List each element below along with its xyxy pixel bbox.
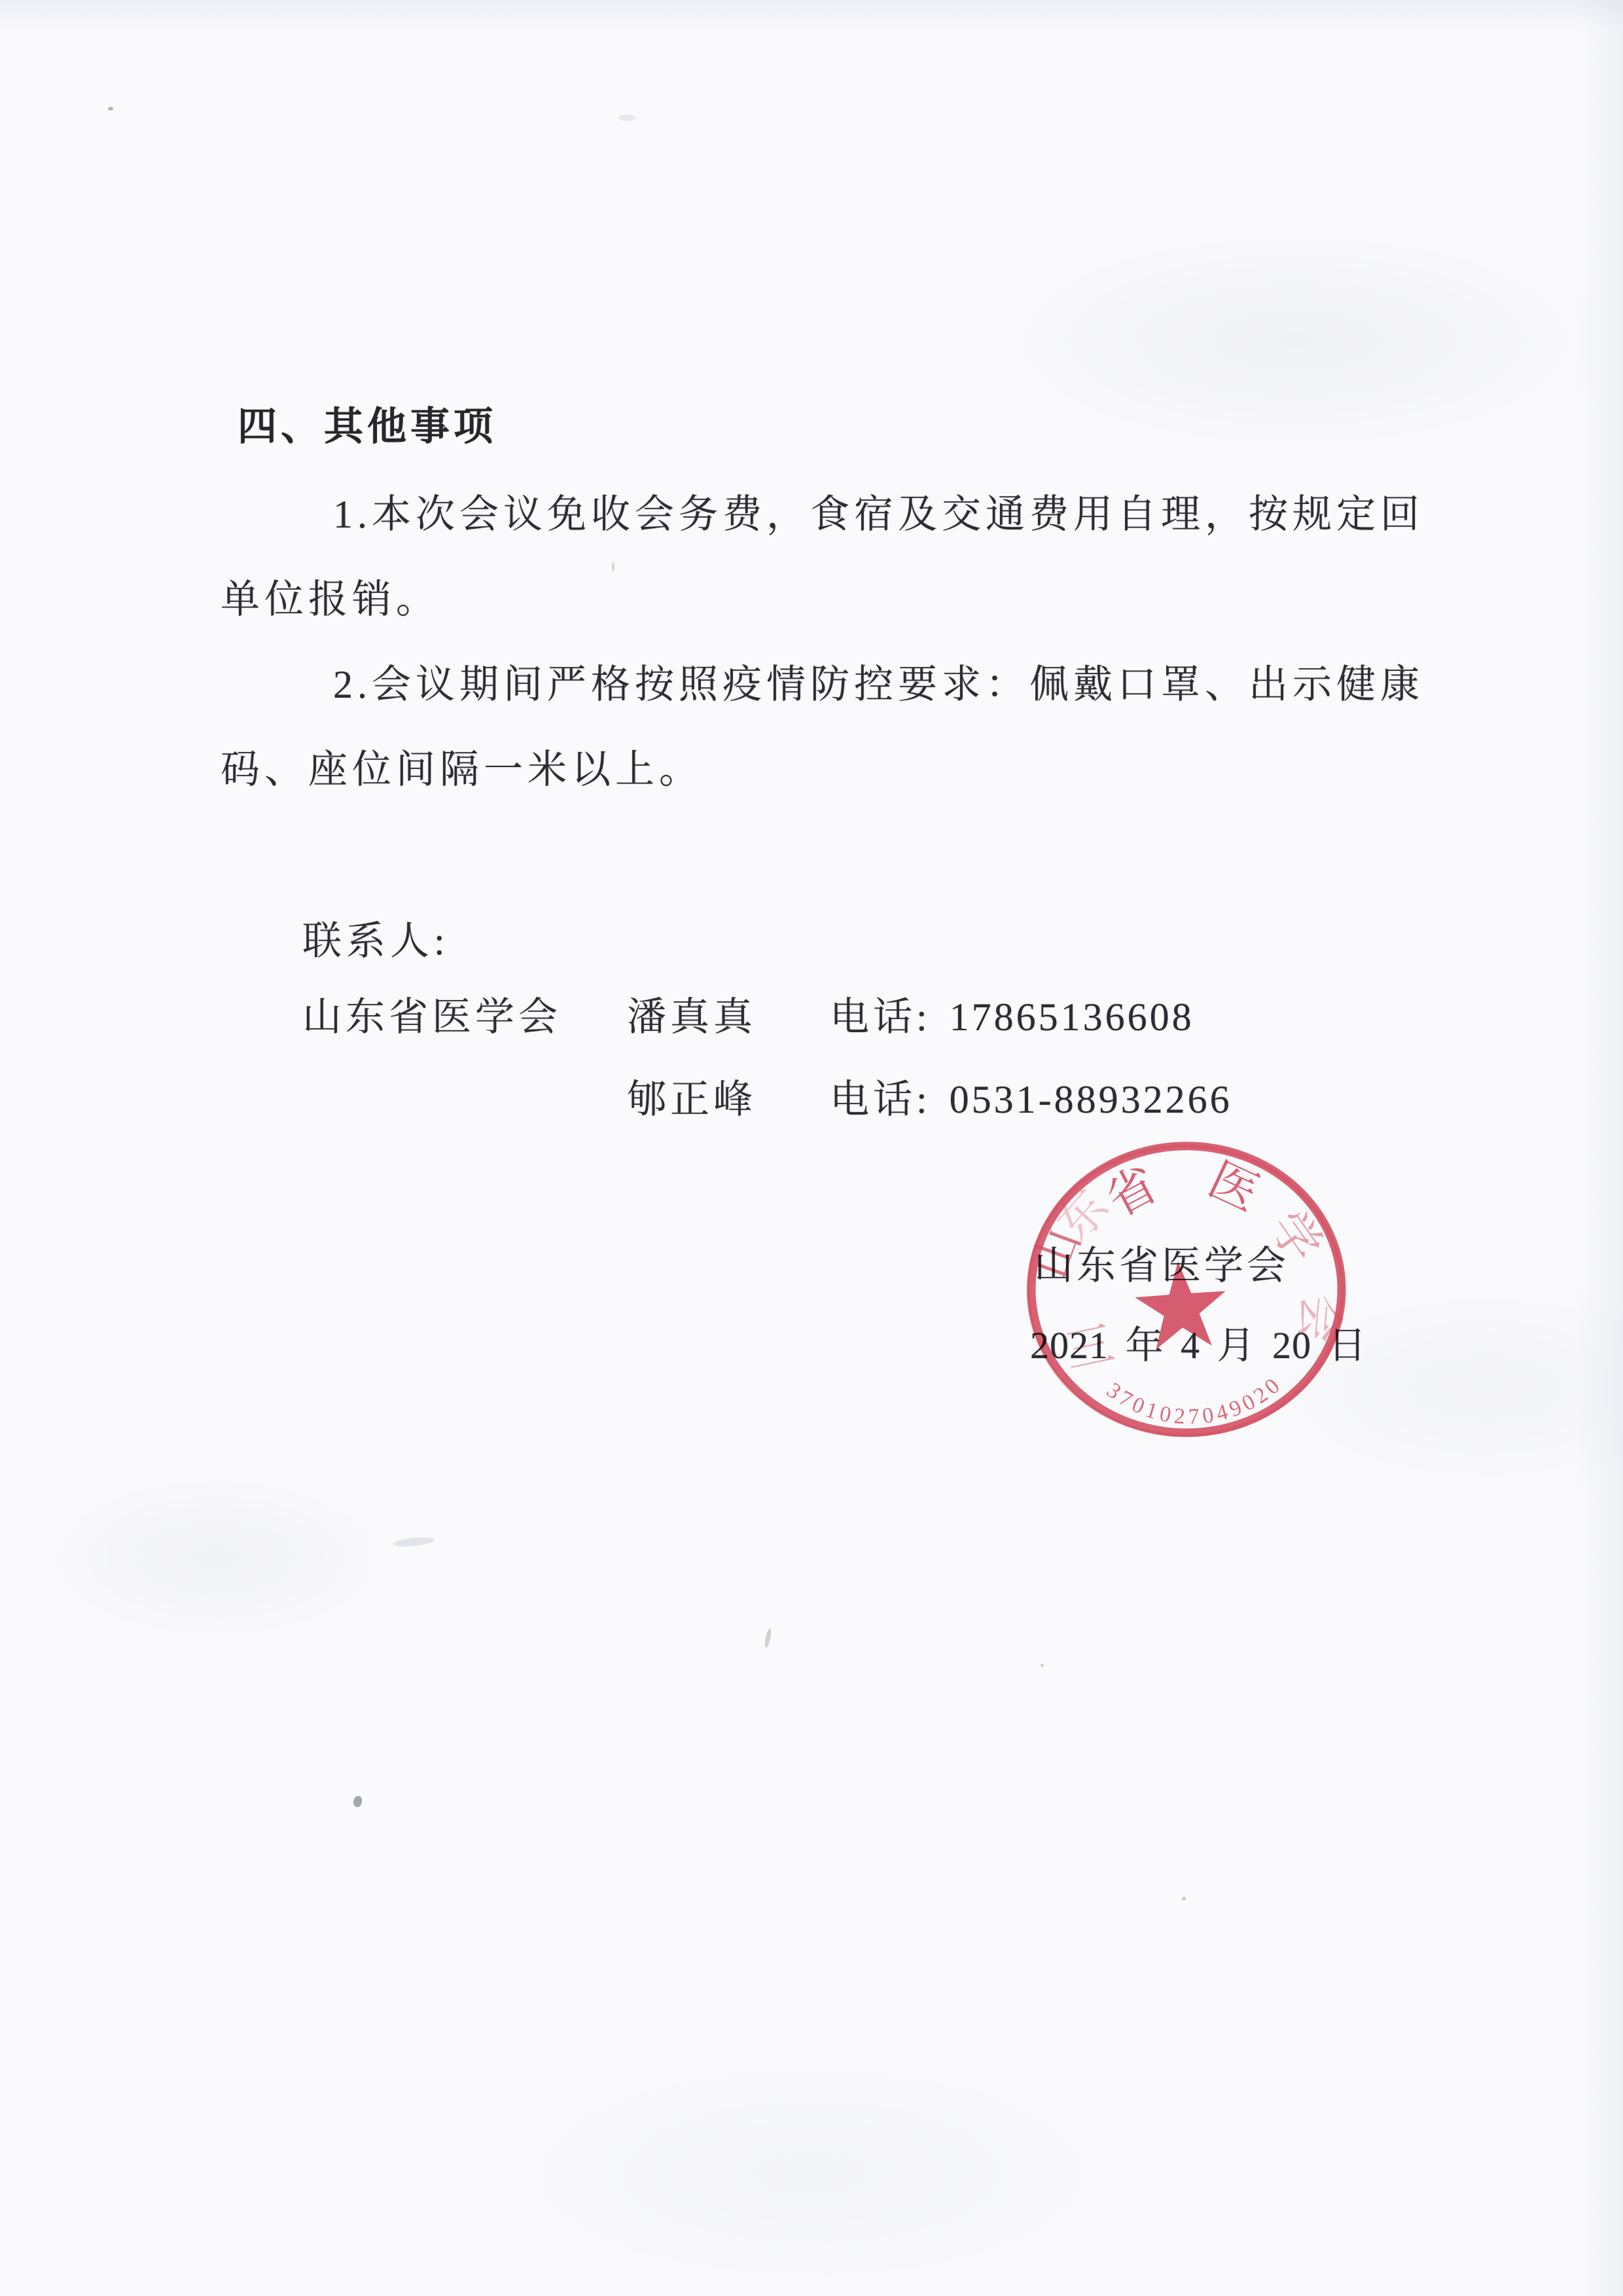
- phone-number: 17865136608: [950, 996, 1194, 1039]
- body-line: 2.会议期间严格按照疫情防控要求：佩戴口罩、出示健康: [333, 653, 1424, 709]
- scan-speck: [108, 107, 113, 111]
- scan-speck: [612, 562, 615, 572]
- contact-row: 山东省医学会潘真真电话:17865136608: [302, 986, 1194, 1042]
- seal-ghost-mark: 三: [1060, 1317, 1118, 1380]
- seal-arc-char: 会: [1289, 1292, 1347, 1345]
- scanned-document-page: 四、其他事项 1.本次会议免收会务费，食宿及交通费用自理，按规定回 单位报销。 …: [0, 0, 1623, 2296]
- contact-org: 山东省医学会: [302, 996, 562, 1039]
- body-line: 码、座位间隔一米以上。: [221, 738, 703, 795]
- scan-speck: [1041, 1664, 1044, 1667]
- phone-label: 电话:: [830, 996, 931, 1039]
- scan-speck: [764, 1628, 772, 1649]
- contact-label: 联系人:: [302, 910, 450, 966]
- phone-label: 电话:: [830, 1078, 931, 1121]
- body-line: 单位报销。: [221, 568, 440, 624]
- section-heading: 四、其他事项: [238, 395, 497, 452]
- star-icon: [1133, 1258, 1230, 1350]
- scan-smudge: [618, 115, 635, 121]
- body-line: 1.本次会议免收会务费，食宿及交通费用自理，按规定回: [333, 483, 1424, 539]
- contact-row: 郇正峰电话:0531-88932266: [627, 1068, 1232, 1124]
- scan-speck: [1182, 1897, 1186, 1901]
- contact-name: 郇正峰: [627, 1078, 757, 1121]
- contact-name: 潘真真: [627, 996, 757, 1039]
- phone-number: 0531-88932266: [950, 1078, 1232, 1121]
- scan-smudge: [393, 1536, 435, 1549]
- scan-speck: [353, 1796, 362, 1807]
- official-seal: 山 东 省 医 学 会 三 3701027049020: [1021, 1139, 1361, 1446]
